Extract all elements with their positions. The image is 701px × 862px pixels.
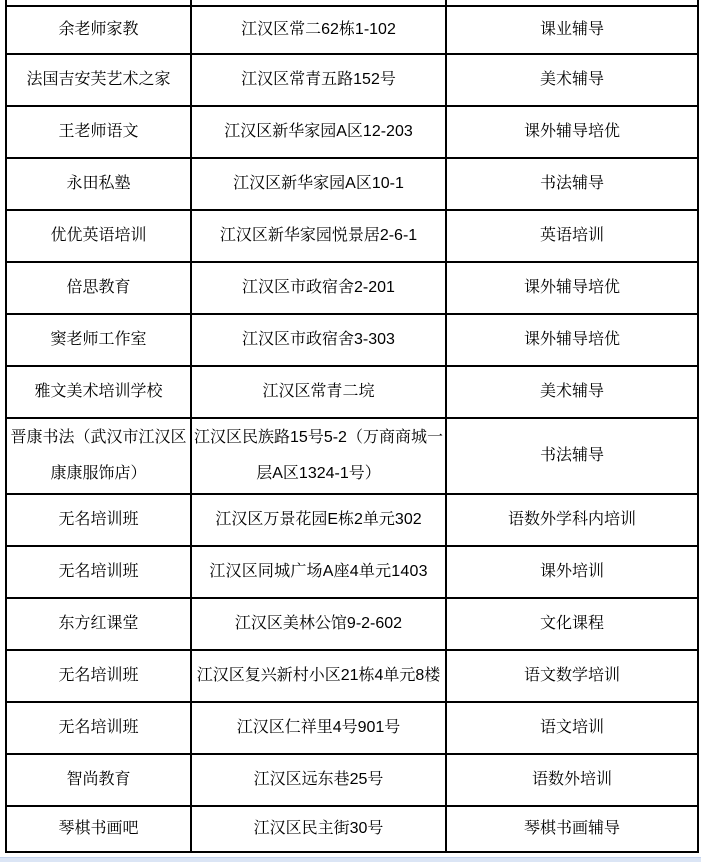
address-cell: 江汉区民主街30号 [191,806,446,852]
name-cell: 无名培训班 [6,650,191,702]
address-cell: 江汉区新华家园悦景居2-6-1 [191,210,446,262]
category-cell: 文化课程 [446,598,698,650]
table-row: 无名培训班 江汉区万景花园E栋2单元302 语数外学科内培训 [6,494,698,546]
name-cell: 王老师语文 [6,106,191,158]
category-cell: 课外辅导培优 [446,106,698,158]
table-row: 智尚教育 江汉区远东巷25号 语数外培训 [6,754,698,806]
table-row: 东方红课堂 江汉区美林公馆9-2-602 文化课程 [6,598,698,650]
category-cell: 语文培训 [446,702,698,754]
address-cell: 江汉区复兴新村小区21栋4单元8楼 [191,650,446,702]
address-cell: 江汉区常青五路152号 [191,54,446,106]
table-row: 优优英语培训 江汉区新华家园悦景居2-6-1 英语培训 [6,210,698,262]
name-cell: 无名培训班 [6,702,191,754]
category-cell: 琴棋书画辅导 [446,806,698,852]
table-row: 琴棋书画吧 江汉区民主街30号 琴棋书画辅导 [6,806,698,852]
address-cell: 江汉区美林公馆9-2-602 [191,598,446,650]
table-row: 晋康书法（武汉市江汉区康康服饰店） 江汉区民族路15号5-2（万商商城一层A区1… [6,418,698,494]
page: 余老师家教 江汉区常二62栋1-102 课业辅导 法国吉安芙艺术之家 江汉区常青… [0,0,701,862]
category-cell: 英语培训 [446,210,698,262]
table-row: 法国吉安芙艺术之家 江汉区常青五路152号 美术辅导 [6,54,698,106]
category-cell: 语数外学科内培训 [446,494,698,546]
table-row: 王老师语文 江汉区新华家园A区12-203 课外辅导培优 [6,106,698,158]
name-cell: 东方红课堂 [6,598,191,650]
address-cell: 江汉区常二62栋1-102 [191,6,446,54]
category-cell: 课外辅导培优 [446,314,698,366]
name-cell: 倍思教育 [6,262,191,314]
address-cell: 江汉区民族路15号5-2（万商商城一层A区1324-1号） [191,418,446,494]
address-cell: 江汉区市政宿舍2-201 [191,262,446,314]
category-cell: 语数外培训 [446,754,698,806]
table-row: 无名培训班 江汉区复兴新村小区21栋4单元8楼 语文数学培训 [6,650,698,702]
bottom-strip [0,857,701,862]
address-cell: 江汉区市政宿舍3-303 [191,314,446,366]
name-cell: 无名培训班 [6,494,191,546]
tutoring-table: 余老师家教 江汉区常二62栋1-102 课业辅导 法国吉安芙艺术之家 江汉区常青… [5,0,699,853]
table-row: 窦老师工作室 江汉区市政宿舍3-303 课外辅导培优 [6,314,698,366]
name-cell: 雅文美术培训学校 [6,366,191,418]
table-row: 余老师家教 江汉区常二62栋1-102 课业辅导 [6,6,698,54]
address-cell: 江汉区万景花园E栋2单元302 [191,494,446,546]
address-cell: 江汉区仁祥里4号901号 [191,702,446,754]
address-cell: 江汉区新华家园A区10-1 [191,158,446,210]
category-cell: 美术辅导 [446,54,698,106]
name-cell: 无名培训班 [6,546,191,598]
category-cell: 课外辅导培优 [446,262,698,314]
category-cell: 美术辅导 [446,366,698,418]
category-cell: 课业辅导 [446,6,698,54]
table-row: 雅文美术培训学校 江汉区常青二垸 美术辅导 [6,366,698,418]
table-row: 倍思教育 江汉区市政宿舍2-201 课外辅导培优 [6,262,698,314]
category-cell: 语文数学培训 [446,650,698,702]
table-row: 无名培训班 江汉区仁祥里4号901号 语文培训 [6,702,698,754]
name-cell: 余老师家教 [6,6,191,54]
name-cell: 优优英语培训 [6,210,191,262]
name-cell: 窦老师工作室 [6,314,191,366]
name-cell: 永田私塾 [6,158,191,210]
name-cell: 琴棋书画吧 [6,806,191,852]
category-cell: 课外培训 [446,546,698,598]
address-cell: 江汉区远东巷25号 [191,754,446,806]
name-cell: 晋康书法（武汉市江汉区康康服饰店） [6,418,191,494]
table-body: 余老师家教 江汉区常二62栋1-102 课业辅导 法国吉安芙艺术之家 江汉区常青… [6,0,698,852]
address-cell: 江汉区同城广场A座4单元1403 [191,546,446,598]
name-cell: 智尚教育 [6,754,191,806]
category-cell: 书法辅导 [446,418,698,494]
name-cell: 法国吉安芙艺术之家 [6,54,191,106]
category-cell: 书法辅导 [446,158,698,210]
address-cell: 江汉区新华家园A区12-203 [191,106,446,158]
address-cell: 江汉区常青二垸 [191,366,446,418]
table-row: 无名培训班 江汉区同城广场A座4单元1403 课外培训 [6,546,698,598]
table-row: 永田私塾 江汉区新华家园A区10-1 书法辅导 [6,158,698,210]
